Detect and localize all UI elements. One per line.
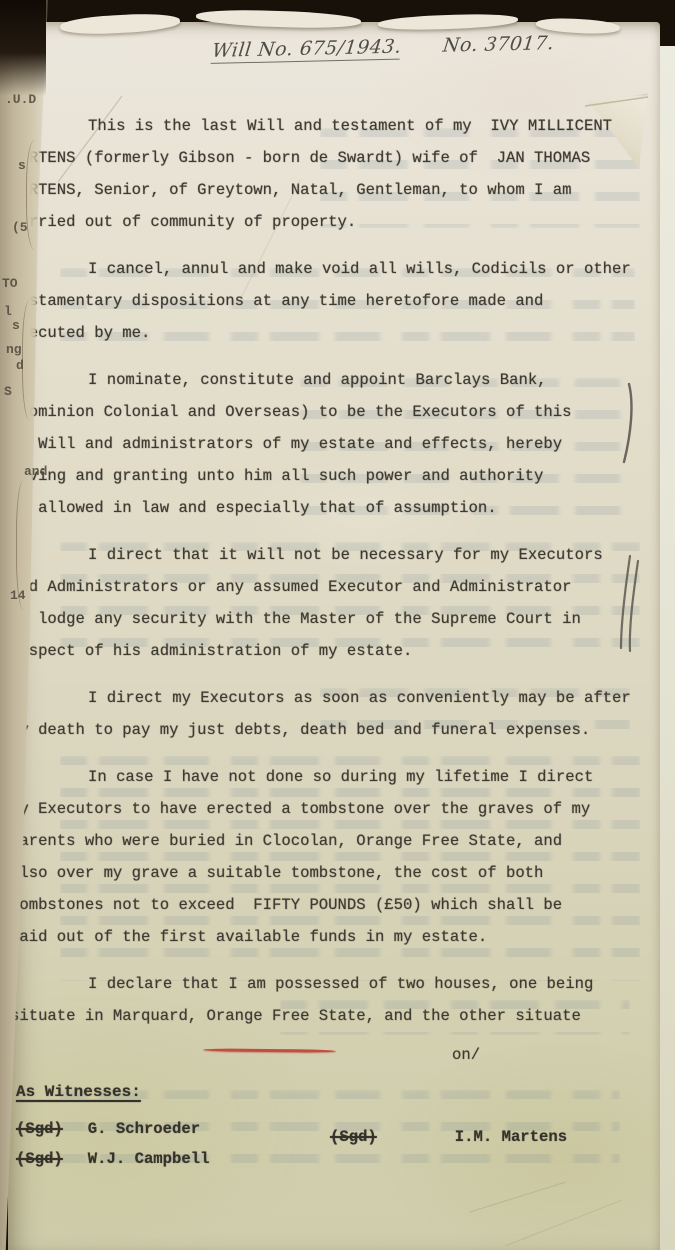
file-number: No. 37017. [442, 32, 556, 57]
paragraph: I direct my Executors as soon as conveni… [10, 682, 650, 746]
scanned-will-page: Will No. 675/1943.No. 37017. This is the… [0, 0, 675, 1250]
spine-fragment: 14 [10, 588, 26, 603]
will-line: I direct that it will not be necessary f… [10, 539, 650, 571]
sgd-strikethrough: (Sgd) [16, 1120, 63, 1138]
will-line: and Administrators or any assumed Execut… [10, 571, 650, 603]
witnesses-heading: As Witnesses: [16, 1083, 141, 1101]
witness-name: G. Schroeder [88, 1120, 200, 1138]
will-line: MARTENS (formerly Gibson - born de Sward… [10, 142, 650, 174]
will-line: tombstones not to exceed FIFTY POUNDS (£… [10, 889, 650, 921]
spine-fragment: s [18, 158, 26, 173]
will-body: This is the last Will and testament of m… [10, 110, 650, 1047]
book-spine-top-shadow [0, 0, 46, 96]
will-line: executed by me. [10, 317, 650, 349]
will-line: to lodge any security with the Master of… [10, 603, 650, 635]
spine-fragment: and [24, 464, 47, 479]
catchword: on/ [452, 1046, 480, 1064]
spine-fragment: d [16, 358, 24, 373]
page-edge-curve [22, 300, 37, 420]
will-line: my Will and administrators of my estate … [10, 428, 650, 460]
will-line: I declare that I am possessed of two hou… [10, 968, 650, 1000]
paragraph: I direct that it will not be necessary f… [10, 539, 650, 667]
will-line: This is the last Will and testament of m… [10, 110, 650, 142]
will-line: In case I have not done so during my lif… [10, 761, 650, 793]
spine-fragment: (5 [12, 220, 28, 235]
paragraph: I declare that I am possessed of two hou… [10, 968, 650, 1032]
witness-martens: (Sgd)I.M. Martens [330, 1128, 567, 1146]
will-line: my death to pay my just debts, death bed… [10, 714, 650, 746]
will-line: parents who were buried in Clocolan, Ora… [10, 825, 650, 857]
paragraph: This is the last Will and testament of m… [10, 110, 650, 238]
spine-fragment: ng [6, 342, 22, 357]
will-line: I direct my Executors as soon as conveni… [10, 682, 650, 714]
sgd-strikethrough: (Sgd) [330, 1128, 377, 1146]
paragraph: In case I have not done so during my lif… [10, 761, 650, 953]
spine-fragment: S [4, 384, 12, 399]
spine-fragment: .U.D [5, 92, 36, 107]
will-line: giving and granting unto him all such po… [10, 460, 650, 492]
page-edge-curve [26, 140, 43, 250]
will-line: I cancel, annul and make void all wills,… [10, 253, 650, 285]
will-line: testamentary dispositions at any time he… [10, 285, 650, 317]
will-number: Will No. 675/1943. [211, 36, 403, 64]
paragraph: I nominate, constitute and appoint Barcl… [10, 364, 650, 524]
will-line: paid out of the first available funds in… [10, 921, 650, 953]
will-line: (Dominion Colonial and Overseas) to be t… [10, 396, 650, 428]
will-line: also over my grave a suitable tombstone,… [10, 857, 650, 889]
witness-campbell: (Sgd)W.J. Campbell [16, 1150, 209, 1168]
will-line: MARTENS, Senior, of Greytown, Natal, Gen… [10, 174, 650, 206]
will-line: situate in Marquard, Orange Free State, … [10, 1000, 650, 1032]
will-line: as allowed in law and especially that of… [10, 492, 650, 524]
sgd-strikethrough: (Sgd) [16, 1150, 63, 1168]
witness-name: W.J. Campbell [88, 1150, 210, 1168]
will-line: respect of his administration of my esta… [10, 635, 650, 667]
witness-name: I.M. Martens [455, 1128, 567, 1146]
spine-fragment: l [4, 304, 12, 319]
witness-schroeder: (Sgd)G. Schroeder [16, 1120, 200, 1138]
spine-fragment: s [12, 318, 20, 333]
spine-fragment: TO [2, 276, 18, 291]
will-line: married out of community of property. [10, 206, 650, 238]
paragraph: I cancel, annul and make void all wills,… [10, 253, 650, 349]
will-line: I nominate, constitute and appoint Barcl… [10, 364, 650, 396]
will-line: my Executors to have erected a tombstone… [10, 793, 650, 825]
